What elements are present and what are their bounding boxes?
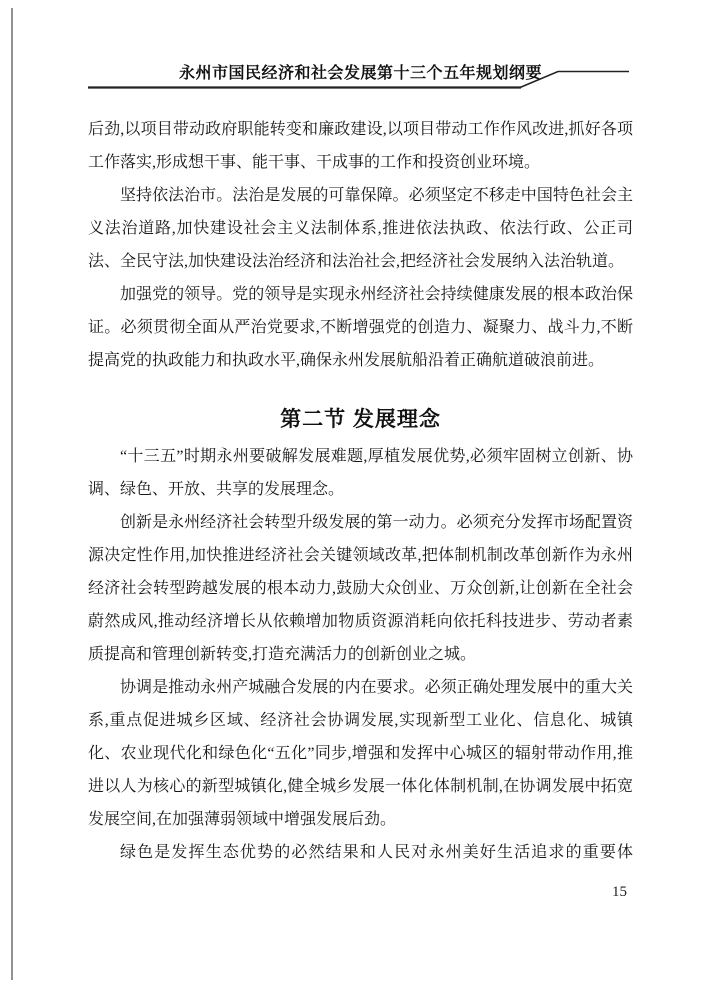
para-continuation: 后劲,以项目带动政府职能转变和廉政建设,以项目带动工作作风改进,抓好各项工作落实…: [88, 113, 633, 179]
section-heading: 第二节 发展理念: [88, 406, 633, 434]
para-shisanwu-concepts: “十三五”时期永州要破解发展难题,厚植发展优势,必须牢固树立创新、协调、绿色、开…: [88, 440, 633, 506]
para-rule-of-law: 坚持依法治市。法治是发展的可靠保障。必须坚定不移走中国特色社会主义法治道路,加快…: [88, 179, 633, 278]
document-title: 永州市国民经济和社会发展第十三个五年规划纲要: [88, 60, 633, 83]
para-coordination: 协调是推动永州产城融合发展的内在要求。必须正确处理发展中的重大关系,重点促进城乡…: [88, 671, 633, 836]
body-text: 后劲,以项目带动政府职能转变和廉政建设,以项目带动工作作风改进,抓好各项工作落实…: [88, 92, 633, 869]
para-innovation: 创新是永州经济社会转型升级发展的第一动力。必须充分发挥市场配置资源决定性作用,加…: [88, 506, 633, 671]
document-page: 永州市国民经济和社会发展第十三个五年规划纲要 后劲,以项目带动政府职能转变和廉政…: [0, 0, 721, 1005]
page-number: 15: [612, 884, 627, 900]
para-green: 绿色是发挥生态优势的必然结果和人民对永州美好生活追求的重要体: [88, 836, 633, 869]
page-footer: 15: [88, 884, 633, 901]
scan-edge-line: [11, 8, 13, 980]
page-header: 永州市国民经济和社会发展第十三个五年规划纲要: [0, 0, 721, 92]
para-party-leadership: 加强党的领导。党的领导是实现永州经济社会持续健康发展的根本政治保证。必须贯彻全面…: [88, 278, 633, 377]
